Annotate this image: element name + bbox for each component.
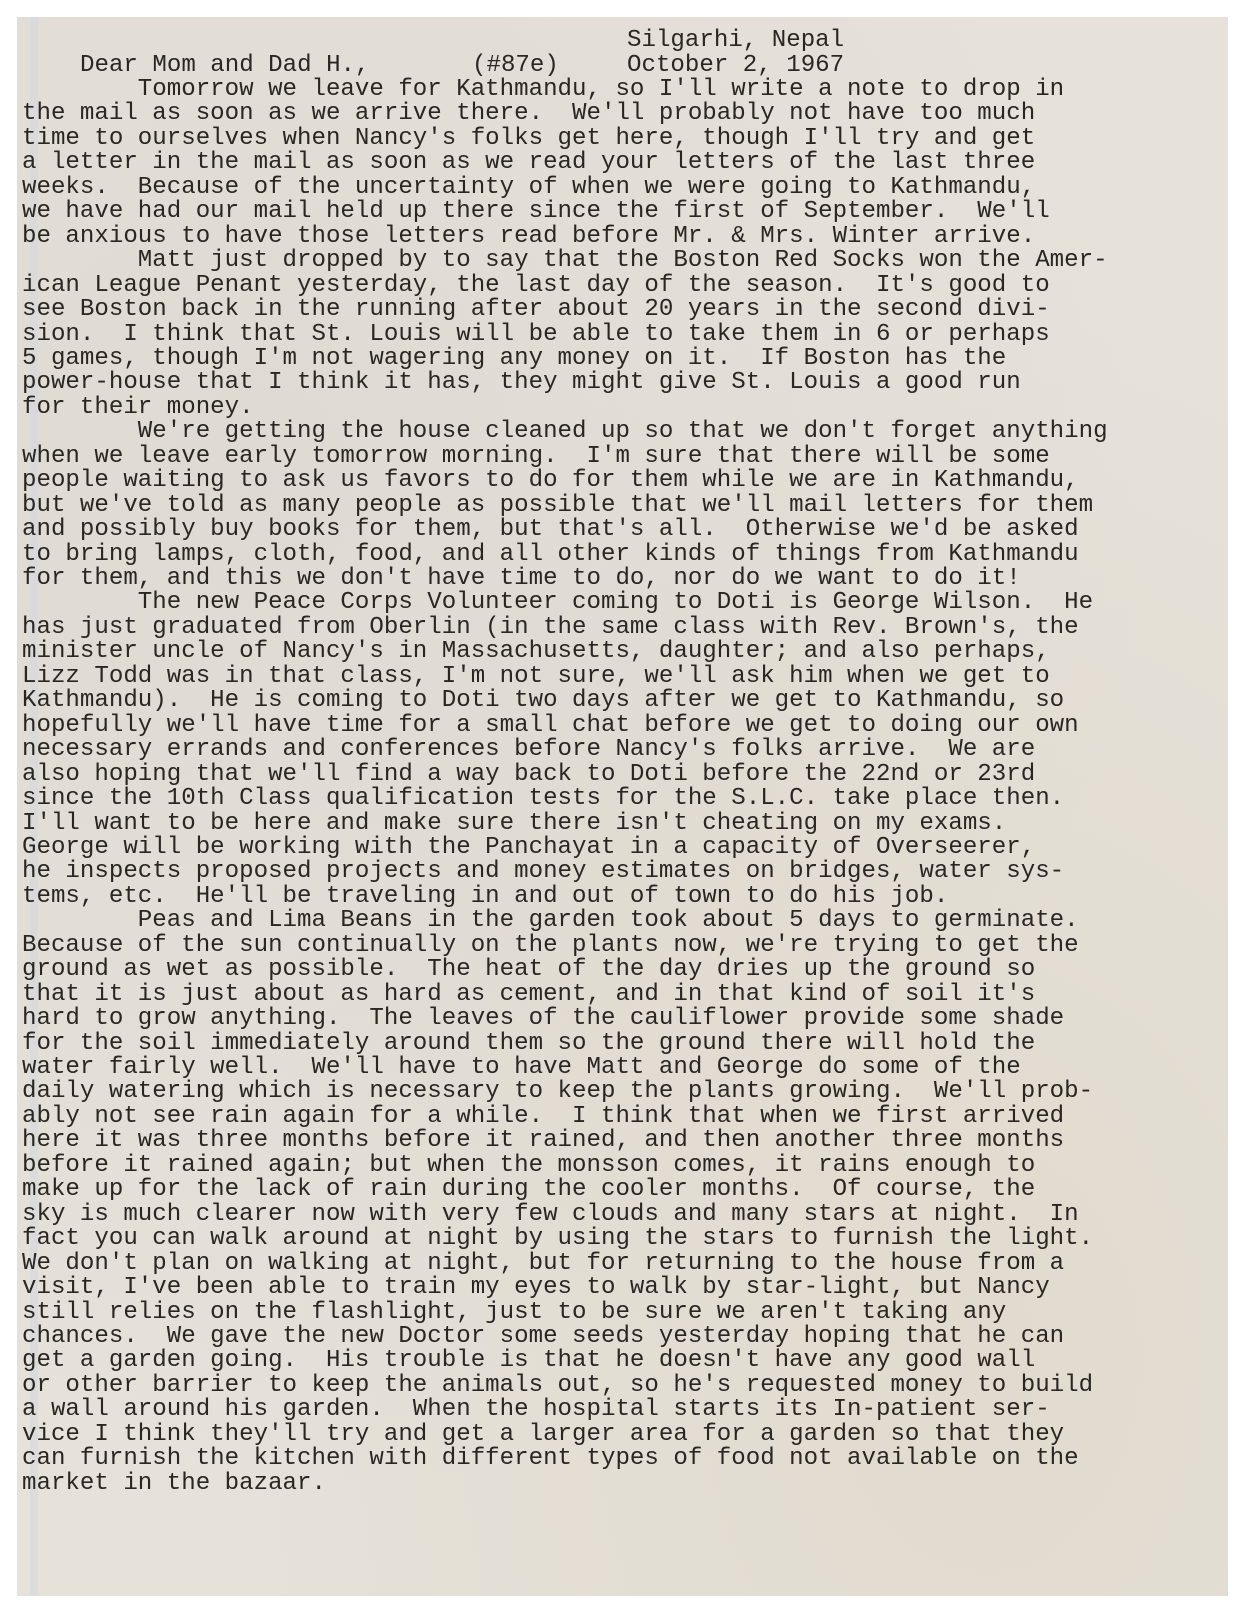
letter-line: still relies on the flashlight, just to … (22, 1301, 1006, 1325)
letter-line: the mail as soon as we arrive there. We'… (22, 102, 1035, 126)
letter-line: or other barrier to keep the animals out… (22, 1374, 1093, 1398)
letter-line: Matt just dropped by to say that the Bos… (22, 249, 1108, 273)
letter-salutation: Dear Mom and Dad H., (80, 54, 369, 78)
letter-line: here it was three months before it raine… (22, 1129, 1064, 1153)
letter-line: that it is just about as hard as cement,… (22, 983, 1035, 1007)
letter-line: for the soil immediately around them so … (22, 1032, 1035, 1056)
letter-line: make up for the lack of rain during the … (22, 1178, 1035, 1202)
letter-line: sky is much clearer now with very few cl… (22, 1203, 1079, 1227)
letter-line: for them, and this we don't have time to… (22, 567, 1021, 591)
letter-date: October 2, 1967 (627, 54, 844, 78)
letter-line: for their money. (22, 396, 254, 420)
letter-line: to bring lamps, cloth, food, and all oth… (22, 543, 1079, 567)
letter-line: weeks. Because of the uncertainty of whe… (22, 176, 1035, 200)
letter-line: time to ourselves when Nancy's folks get… (22, 127, 1035, 151)
letter-line: when we leave early tomorrow morning. I'… (22, 445, 1050, 469)
letter-line: people waiting to ask us favors to do fo… (22, 469, 1079, 493)
letter-line: fact you can walk around at night by usi… (22, 1227, 1093, 1251)
letter-line: The new Peace Corps Volunteer coming to … (22, 591, 1093, 615)
letter-line: Lizz Todd was in that class, I'm not sur… (22, 665, 1050, 689)
letter-line: power-house that I think it has, they mi… (22, 371, 1021, 395)
letter-line: Kathmandu). He is coming to Doti two day… (22, 689, 1064, 713)
letter-line: chances. We gave the new Doctor some see… (22, 1325, 1064, 1349)
letter-line: see Boston back in the running after abo… (22, 298, 1050, 322)
letter-line: get a garden going. His trouble is that … (22, 1349, 1035, 1373)
letter-line: Peas and Lima Beans in the garden took a… (22, 909, 1079, 933)
letter-line: before it rained again; but when the mon… (22, 1154, 1035, 1178)
letter-line: visit, I've been able to train my eyes t… (22, 1276, 1050, 1300)
letter-line: a letter in the mail as soon as we read … (22, 151, 1035, 175)
letter-line: necessary errands and conferences before… (22, 738, 1035, 762)
letter-line: ican League Penant yesterday, the last d… (22, 274, 1050, 298)
letter-line: hopefully we'll have time for a small ch… (22, 714, 1079, 738)
letter-line: Because of the sun continually on the pl… (22, 934, 1079, 958)
letter-place: Silgarhi, Nepal (627, 29, 844, 53)
letter-line: a wall around his garden. When the hospi… (22, 1398, 1050, 1422)
letter-line: tems, etc. He'll be traveling in and out… (22, 885, 948, 909)
letter-number: (#87e) (472, 54, 559, 78)
letter-line: minister uncle of Nancy's in Massachuset… (22, 640, 1050, 664)
letter-line: can furnish the kitchen with different t… (22, 1447, 1079, 1471)
letter-line: market in the bazaar. (22, 1472, 326, 1496)
letter-line: be anxious to have those letters read be… (22, 225, 1035, 249)
letter-line: ground as wet as possible. The heat of t… (22, 958, 1035, 982)
letter-line: We're getting the house cleaned up so th… (22, 420, 1108, 444)
letter-page: Silgarhi, Nepal Dear Mom and Dad H., (#8… (17, 17, 1228, 1596)
letter-line: water fairly well. We'll have to have Ma… (22, 1056, 1021, 1080)
letter-line: We don't plan on walking at night, but f… (22, 1252, 1064, 1276)
letter-line: sion. I think that St. Louis will be abl… (22, 323, 1050, 347)
letter-line: since the 10th Class qualification tests… (22, 787, 1064, 811)
letter-line: but we've told as many people as possibl… (22, 494, 1093, 518)
letter-line: hard to grow anything. The leaves of the… (22, 1007, 1064, 1031)
letter-line: we have had our mail held up there since… (22, 200, 1050, 224)
letter-line: ably not see rain again for a while. I t… (22, 1105, 1064, 1129)
letter-line: George will be working with the Panchaya… (22, 836, 1035, 860)
letter-line: Tomorrow we leave for Kathmandu, so I'll… (22, 78, 1064, 102)
letter-line: he inspects proposed projects and money … (22, 860, 1064, 884)
letter-line: vice I think they'll try and get a large… (22, 1423, 1064, 1447)
letter-line: 5 games, though I'm not wagering any mon… (22, 347, 1006, 371)
letter-line: has just graduated from Oberlin (in the … (22, 616, 1079, 640)
letter-line: I'll want to be here and make sure there… (22, 812, 1006, 836)
letter-line: and possibly buy books for them, but tha… (22, 518, 1079, 542)
letter-line: daily watering which is necessary to kee… (22, 1080, 1093, 1104)
letter-line: also hoping that we'll find a way back t… (22, 763, 1035, 787)
